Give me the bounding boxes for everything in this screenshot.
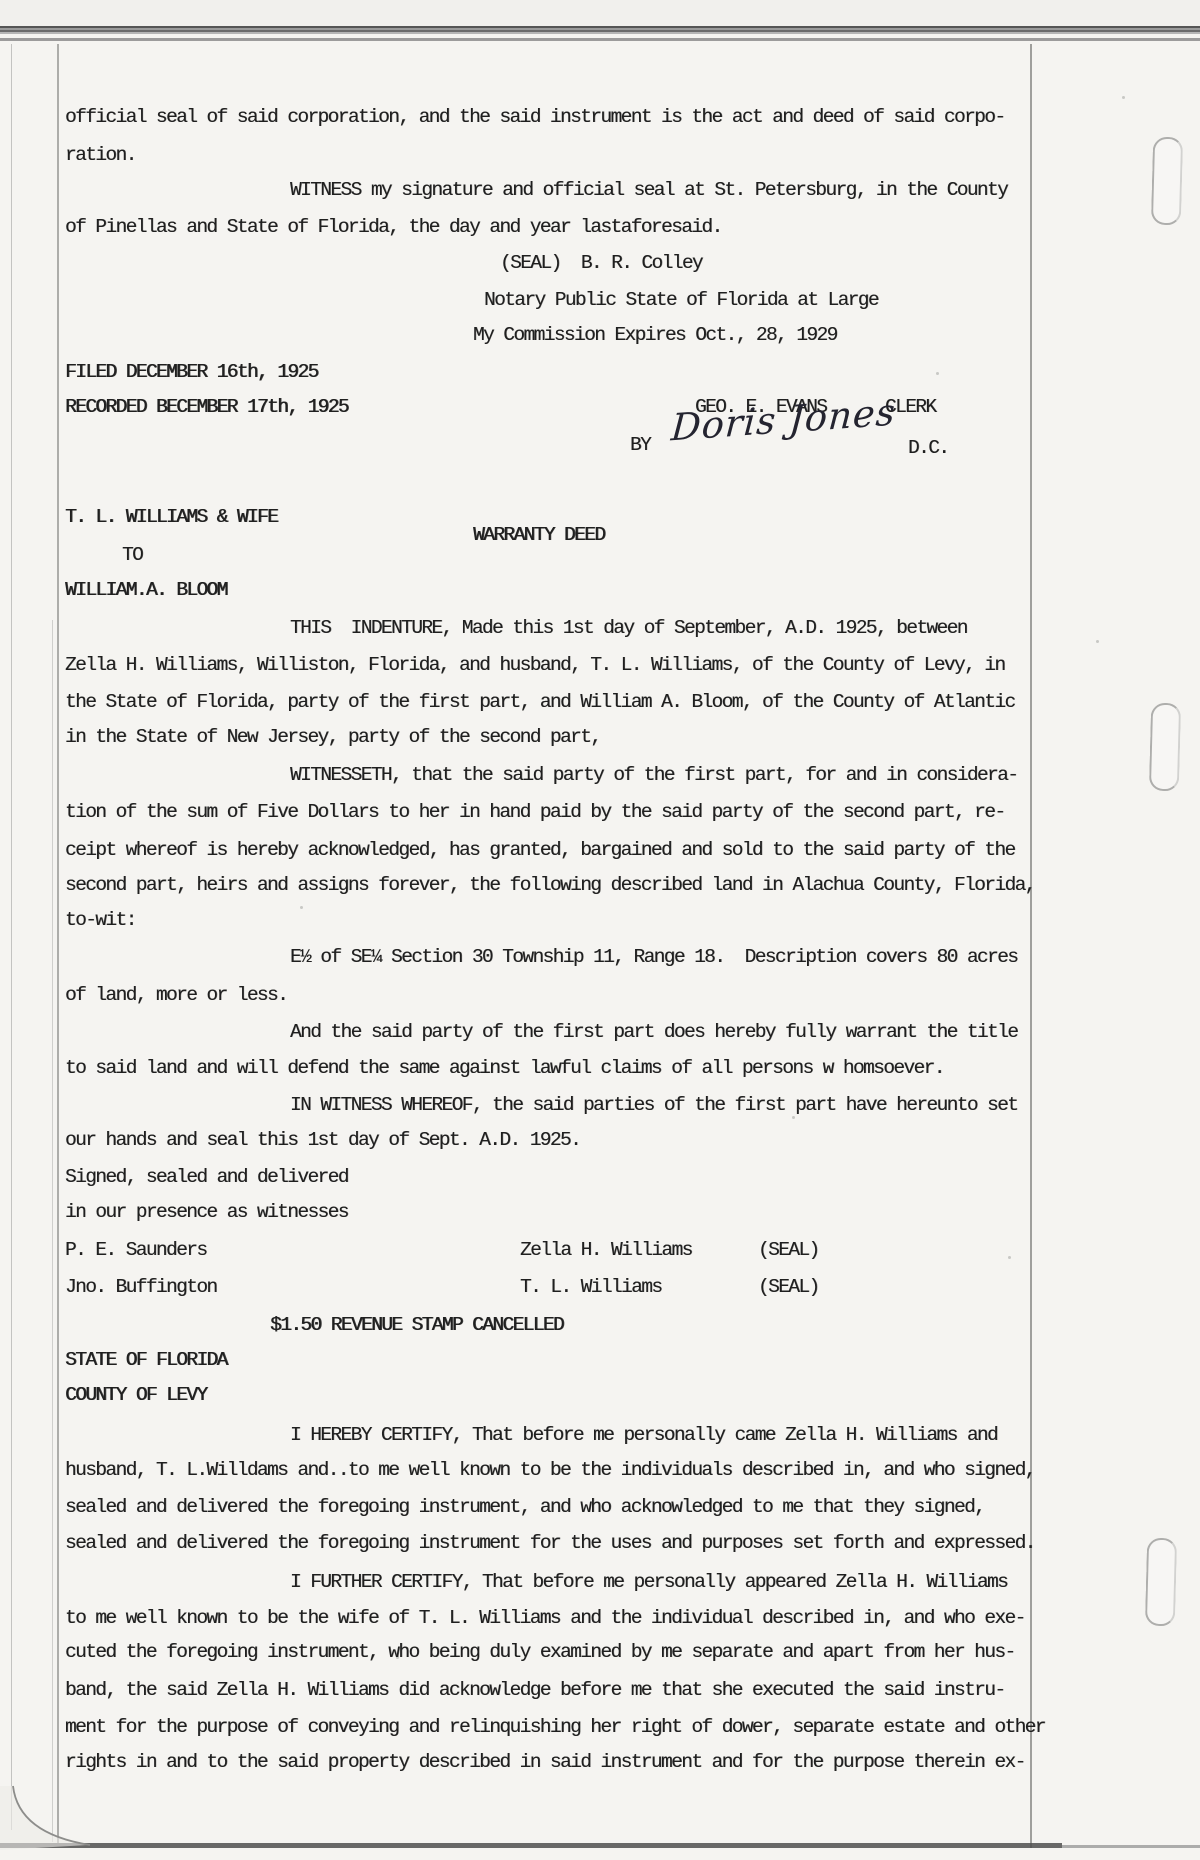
commission-expiry-line: My Commission Expires Oct., 28, 1929 bbox=[473, 324, 837, 347]
grantee-caption: WILLIAM.A. BLOOM bbox=[65, 579, 227, 602]
paper-speck bbox=[300, 906, 303, 909]
typed-line: band, the said Zella H. Williams did ack… bbox=[65, 1679, 1004, 1702]
typed-line: And the said party of the first part doe… bbox=[290, 1021, 1017, 1044]
typed-line: to-wit: bbox=[65, 909, 136, 932]
typed-line: the State of Florida, party of the first… bbox=[65, 691, 1015, 714]
typed-line: sealed and delivered the foregoing instr… bbox=[65, 1496, 984, 1519]
revenue-stamp-line: $1.50 REVENUE STAMP CANCELLED bbox=[270, 1314, 563, 1337]
seal-label: (SEAL) bbox=[758, 1276, 819, 1299]
typed-line: husband, T. L.Willdams and..to me well k… bbox=[65, 1459, 1035, 1482]
deputy-clerk-suffix: D.C. bbox=[908, 437, 948, 460]
binder-hole-top bbox=[1151, 137, 1183, 226]
witness-name: Jno. Buffington bbox=[65, 1276, 217, 1299]
top-rule-secondary bbox=[0, 38, 1200, 41]
binder-hole-middle bbox=[1149, 703, 1181, 792]
bottom-rule bbox=[0, 1843, 1062, 1848]
grantor-signature-name: Zella H. Williams bbox=[520, 1239, 692, 1262]
county-caption: COUNTY OF LEVY bbox=[65, 1384, 206, 1407]
caption-to: TO bbox=[122, 544, 142, 567]
notary-title-line: Notary Public State of Florida at Large bbox=[484, 289, 878, 312]
deed-document-page: official seal of said corporation, and t… bbox=[0, 0, 1200, 1860]
typed-line: in the State of New Jersey, party of the… bbox=[65, 726, 600, 749]
typed-line: tion of the sum of Five Dollars to her i… bbox=[65, 801, 1004, 824]
typed-line: to me well known to be the wife of T. L.… bbox=[65, 1607, 1025, 1630]
page-left-edge-line bbox=[57, 44, 59, 1843]
page-left-edge-line-2 bbox=[52, 620, 53, 1842]
binder-hole-bottom bbox=[1145, 1538, 1177, 1627]
typed-line: ceipt whereof is hereby acknowledged, ha… bbox=[65, 839, 1015, 862]
scan-top-strip bbox=[0, 0, 1200, 26]
filed-date-line: FILED DECEMBER 16th, 1925 bbox=[65, 361, 318, 384]
typed-line: rights in and to the said property descr… bbox=[65, 1751, 1025, 1774]
typed-line: WITNESSETH, that the said party of the f… bbox=[290, 764, 1017, 787]
seal-label: (SEAL) bbox=[758, 1239, 819, 1262]
page-corner-curl bbox=[0, 1784, 96, 1854]
typed-line: official seal of said corporation, and t… bbox=[65, 106, 1004, 129]
typed-line: Signed, sealed and delivered bbox=[65, 1166, 348, 1189]
typed-line: WITNESS my signature and official seal a… bbox=[290, 179, 1007, 202]
typed-line: in our presence as witnesses bbox=[65, 1201, 348, 1224]
typed-line: sealed and delivered the foregoing instr… bbox=[65, 1532, 1035, 1555]
typed-line: Zella H. Williams, Williston, Florida, a… bbox=[65, 654, 1004, 677]
paper-speck bbox=[1008, 1256, 1011, 1259]
typed-line: to said land and will defend the same ag… bbox=[65, 1057, 944, 1080]
typed-line: THIS INDENTURE, Made this 1st day of Sep… bbox=[290, 617, 967, 640]
grantor-signature-name: T. L. Williams bbox=[520, 1276, 661, 1299]
typed-line: ration. bbox=[65, 144, 136, 167]
by-label: BY bbox=[630, 434, 650, 457]
bottom-rule-secondary bbox=[1062, 1845, 1200, 1848]
paper-speck bbox=[1096, 640, 1099, 643]
typed-line: I HEREBY CERTIFY, That before me persona… bbox=[290, 1424, 997, 1447]
typed-line: second part, heirs and assigns forever, … bbox=[65, 874, 1035, 897]
page-right-edge-line bbox=[1030, 44, 1032, 1848]
state-caption: STATE OF FLORIDA bbox=[65, 1349, 227, 1372]
typed-line: IN WITNESS WHEREOF, the said parties of … bbox=[290, 1094, 1017, 1117]
typed-line: our hands and seal this 1st day of Sept.… bbox=[65, 1129, 580, 1152]
typed-line: ment for the purpose of conveying and re… bbox=[65, 1716, 1045, 1739]
top-rule bbox=[0, 26, 1200, 34]
legal-description-line: E½ of SE¼ Section 30 Township 11, Range … bbox=[290, 946, 1017, 969]
grantor-caption: T. L. WILLIAMS & WIFE bbox=[65, 506, 277, 529]
typed-line: of Pinellas and State of Florida, the da… bbox=[65, 216, 722, 239]
witness-name: P. E. Saunders bbox=[65, 1239, 206, 1262]
notary-seal-line: (SEAL) B. R. Colley bbox=[500, 252, 702, 275]
deed-title: WARRANTY DEED bbox=[473, 524, 604, 547]
typed-line: cuted the foregoing instrument, who bein… bbox=[65, 1641, 1015, 1664]
typed-line: I FURTHER CERTIFY, That before me person… bbox=[290, 1571, 1007, 1594]
paper-speck bbox=[936, 372, 939, 375]
left-scan-edge-line bbox=[11, 44, 12, 1830]
paper-speck bbox=[1122, 96, 1125, 99]
legal-description-line: of land, more or less. bbox=[65, 984, 287, 1007]
recorded-date-line: RECORDED BECEMBER 17th, 1925 bbox=[65, 396, 348, 419]
